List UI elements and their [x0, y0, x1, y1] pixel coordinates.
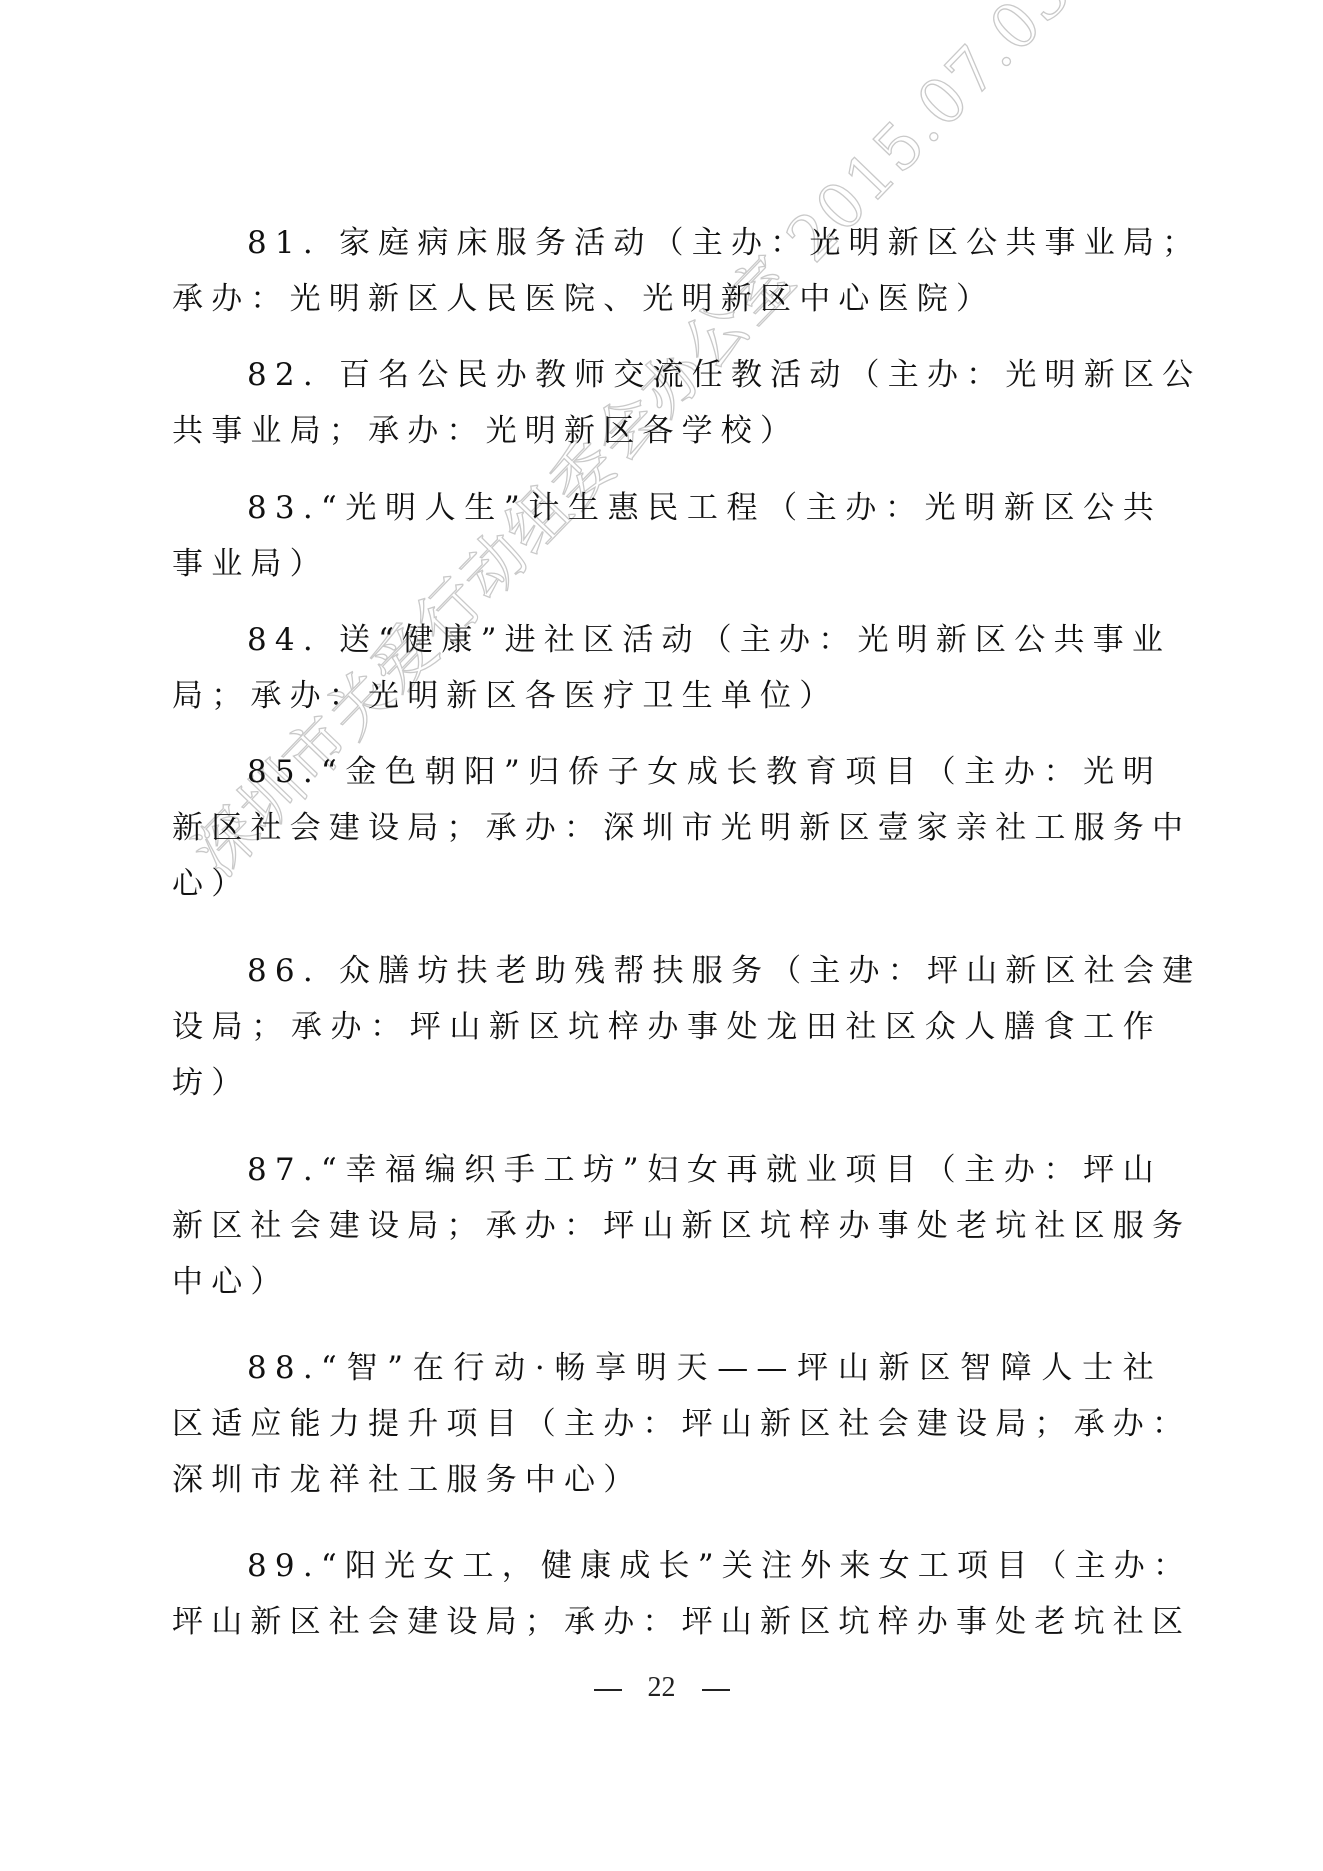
- left-dash: [594, 1689, 622, 1691]
- list-item-continuation-line: 坪山新区社会建设局；承办：坪山新区坑梓办事处老坑社区: [172, 1599, 1162, 1645]
- list-item-first-line: 84. 送“健康”进社区活动（主办：光明新区公共事业: [247, 617, 1162, 663]
- list-item-continuation-line: 中心）: [172, 1259, 1162, 1305]
- list-item-continuation-line: 设局；承办：坪山新区坑梓办事处龙田社区众人膳食工作: [172, 1004, 1162, 1050]
- list-item-first-line: 86. 众膳坊扶老助残帮扶服务（主办：坪山新区社会建: [247, 948, 1162, 994]
- list-item-continuation-line: 共事业局；承办：光明新区各学校）: [172, 408, 1162, 454]
- document-page: 深圳市关爱行动组委会办公室 2015.07.03 81. 家庭病床服务活动（主办…: [0, 0, 1323, 1871]
- list-item-continuation-line: 新区社会建设局；承办：坪山新区坑梓办事处老坑社区服务: [172, 1203, 1162, 1249]
- list-item-first-line: 85.“金色朝阳”归侨子女成长教育项目（主办：光明: [247, 749, 1162, 795]
- list-item-continuation-line: 局；承办：光明新区各医疗卫生单位）: [172, 673, 1162, 719]
- list-item-first-line: 81. 家庭病床服务活动（主办：光明新区公共事业局；: [247, 220, 1162, 266]
- list-item-continuation-line: 深圳市龙祥社工服务中心）: [172, 1457, 1162, 1503]
- list-item-continuation-line: 事业局）: [172, 541, 1162, 587]
- list-item-continuation-line: 心）: [172, 861, 1162, 907]
- page-number: 22: [648, 1672, 676, 1703]
- list-item-first-line: 89.“阳光女工，健康成长”关注外来女工项目（主办：: [247, 1543, 1162, 1589]
- list-item-continuation-line: 坊）: [172, 1060, 1162, 1106]
- list-item-first-line: 82. 百名公民办教师交流任教活动（主办：光明新区公: [247, 352, 1162, 398]
- right-dash: [702, 1689, 730, 1691]
- list-item-first-line: 83.“光明人生”计生惠民工程（主办：光明新区公共: [247, 485, 1162, 531]
- list-item-first-line: 88.“智”在行动·畅享明天——坪山新区智障人士社: [247, 1345, 1162, 1391]
- page-footer: 22: [0, 1668, 1323, 1708]
- list-item-first-line: 87.“幸福编织手工坊”妇女再就业项目（主办：坪山: [247, 1147, 1162, 1193]
- list-item-continuation-line: 承办：光明新区人民医院、光明新区中心医院）: [172, 276, 1162, 322]
- list-item-continuation-line: 区适应能力提升项目（主办：坪山新区社会建设局；承办：: [172, 1401, 1162, 1447]
- list-item-continuation-line: 新区社会建设局；承办：深圳市光明新区壹家亲社工服务中: [172, 805, 1162, 851]
